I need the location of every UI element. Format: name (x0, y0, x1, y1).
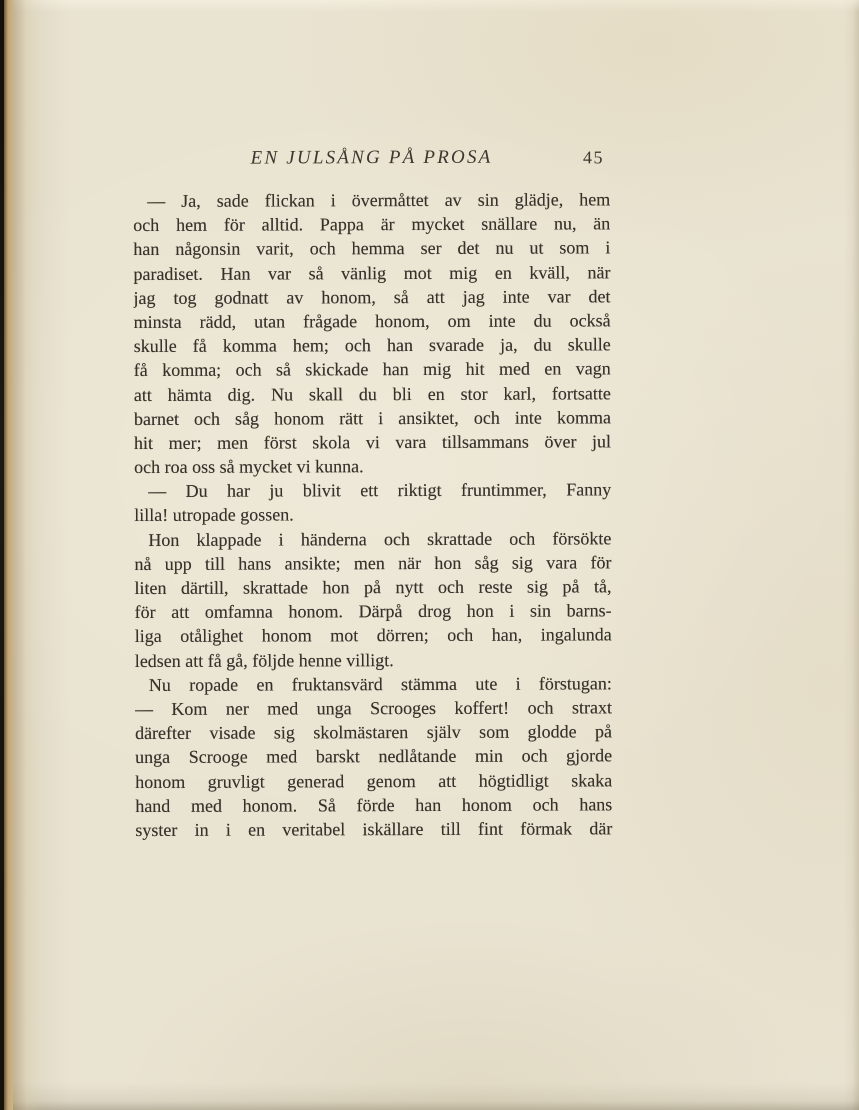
running-title: EN JULSÅNG PÅ PROSA (251, 147, 493, 169)
text-line: hand med honom. Så förde han honom och h… (135, 792, 612, 818)
paragraph-4: Nu ropade en fruktansvärd stämma ute i f… (135, 671, 613, 842)
book-page-scan: EN JULSÅNG PÅ PROSA 45 — Ja, sade flicka… (0, 0, 859, 1110)
text-line: minsta rädd, utan frågade honom, om inte… (134, 308, 611, 334)
text-line: liga otålighet honom mot dörren; och han… (135, 623, 612, 649)
text-line: nå upp till hans ansikte; men när hon så… (134, 550, 611, 576)
text-line: skulle få komma hem; och han svarade ja,… (134, 332, 611, 358)
text-line: och roa oss så mycket vi kunna. (134, 453, 611, 479)
text-line: — Kom ner med unga Scrooges koffert! och… (135, 695, 612, 721)
text-line: för att omfamna honom. Därpå drog hon i … (135, 599, 612, 625)
binding-edge-paper-stack (4, 0, 13, 1110)
text-line: Hon klappade i händerna och skrattade oc… (134, 526, 611, 552)
text-line: paradiset. Han var så vänlig mot mig en … (133, 260, 610, 286)
text-line: — Ja, sade flickan i övermåttet av sin g… (133, 187, 610, 213)
text-line: hit mer; men först skola vi vara tillsam… (134, 429, 611, 455)
text-line: barnet och såg honom rätt i ansiktet, oc… (134, 405, 611, 431)
text-line: — Du har ju blivit ett riktigt fruntimme… (134, 478, 611, 504)
text-line: få komma; och så skickade han mig hit me… (134, 357, 611, 383)
paragraph-3: Hon klappade i händerna och skrattade oc… (134, 526, 612, 673)
paragraph-1: — Ja, sade flickan i övermåttet av sin g… (133, 187, 611, 479)
text-line: och hem för alltid. Pappa är mycket snäl… (133, 212, 610, 238)
text-line: att hämta dig. Nu skall du bli en stor k… (134, 381, 611, 407)
page-number: 45 (583, 147, 604, 168)
text-line: Nu ropade en fruktansvärd stämma ute i f… (135, 671, 612, 697)
text-line: unga Scrooge med barskt nedlåtande min o… (135, 744, 612, 770)
text-line: han någonsin varit, och hemma ser det nu… (133, 236, 610, 262)
paragraph-2: — Du har ju blivit ett riktigt fruntimme… (134, 478, 611, 528)
text-block: — Ja, sade flickan i övermåttet av sin g… (133, 187, 612, 842)
binding-crease-shadow (13, 0, 43, 1110)
text-line: därefter visade sig skolmästaren själv s… (135, 719, 612, 745)
text-line: lilla! utropade gossen. (134, 502, 611, 528)
text-line: liten därtill, skrattade hon på nytt och… (134, 574, 611, 600)
page-content: EN JULSÅNG PÅ PROSA 45 — Ja, sade flicka… (133, 146, 612, 842)
text-line: syster in i en veritabel iskällare till … (135, 816, 612, 842)
page-header: EN JULSÅNG PÅ PROSA 45 (133, 146, 610, 174)
text-line: ledsen att få gå, följde henne villigt. (135, 647, 612, 673)
text-line: jag tog godnatt av honom, så att jag int… (133, 284, 610, 310)
text-line: honom gruvligt generad genom att högtidl… (135, 768, 612, 794)
